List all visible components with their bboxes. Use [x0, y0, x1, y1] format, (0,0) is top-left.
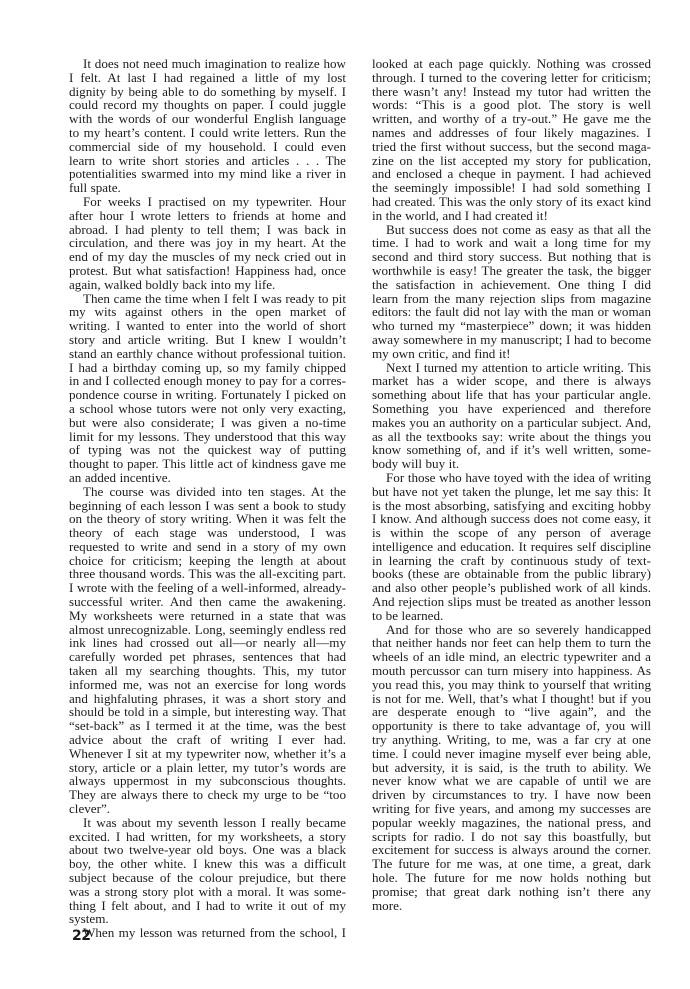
paragraph: It does not need much imagination to rea…: [69, 57, 346, 195]
paragraph: When my lesson was returned from the sch…: [69, 926, 346, 940]
paragraph: And for those who are so severely handic…: [372, 623, 651, 913]
paragraph: But success does not come as easy as tha…: [372, 223, 651, 361]
paragraph: For weeks I practised on my typewriter. …: [69, 195, 346, 292]
paragraph-continued: looked at each page quickly. Nothing was…: [372, 57, 651, 223]
paragraph: The course was divided into ten stages. …: [69, 485, 346, 816]
paragraph: Next I turned my attention to article wr…: [372, 361, 651, 471]
book-page: It does not need much imagination to rea…: [0, 0, 690, 989]
paragraph: Then came the time when I felt I was rea…: [69, 292, 346, 485]
left-text-column: It does not need much imagination to rea…: [69, 57, 346, 940]
paragraph: It was about my seventh lesson I really …: [69, 816, 346, 926]
right-text-column: looked at each page quickly. Nothing was…: [372, 57, 651, 912]
paragraph: For those who have toyed with the idea o…: [372, 471, 651, 623]
page-number: 22: [72, 928, 90, 944]
